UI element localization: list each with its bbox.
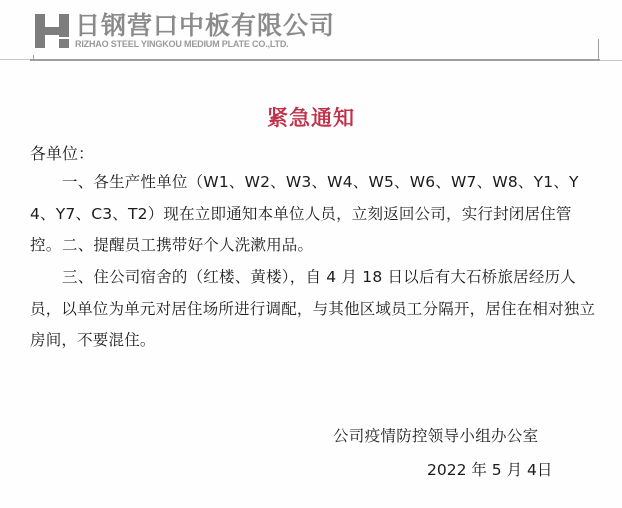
letterhead: 日钢营口中板有限公司 RIZHAO STEEL YINGKOU MEDIUM P… <box>35 10 335 52</box>
company-name-cn: 日钢营口中板有限公司 <box>75 12 335 39</box>
salutation: 各单位： <box>30 139 600 169</box>
H-logo-icon <box>35 14 69 48</box>
signature-issuer: 公司疫情防控领导小组办公室 <box>333 425 538 447</box>
notice-document: 日钢营口中板有限公司 RIZHAO STEEL YINGKOU MEDIUM P… <box>0 0 622 508</box>
logo-bar-left <box>35 14 45 48</box>
logo-bar-mid <box>45 27 59 35</box>
paragraph-2: 二、提醒员工携带好个人洗漱用品。 <box>30 230 598 262</box>
paragraph-3: 三、住公司宿舍的（红楼、黄楼），自 4 月 18 日以后有大石桥旅居经历人员，以… <box>30 262 598 357</box>
notice-title: 紧急通知 <box>0 102 622 132</box>
company-name: 日钢营口中板有限公司 RIZHAO STEEL YINGKOU MEDIUM P… <box>75 12 335 50</box>
divider-tick-right <box>600 60 622 61</box>
divider-tick-left <box>0 59 30 60</box>
signature-date: 2022 年 5 月 4日 <box>427 459 552 481</box>
company-name-en: RIZHAO STEEL YINGKOU MEDIUM PLATE CO.,LT… <box>75 39 322 50</box>
divider-corner-right <box>598 39 599 60</box>
logo-bar-split <box>59 37 69 39</box>
divider-line <box>30 59 600 61</box>
logo-bar-right <box>59 14 69 48</box>
